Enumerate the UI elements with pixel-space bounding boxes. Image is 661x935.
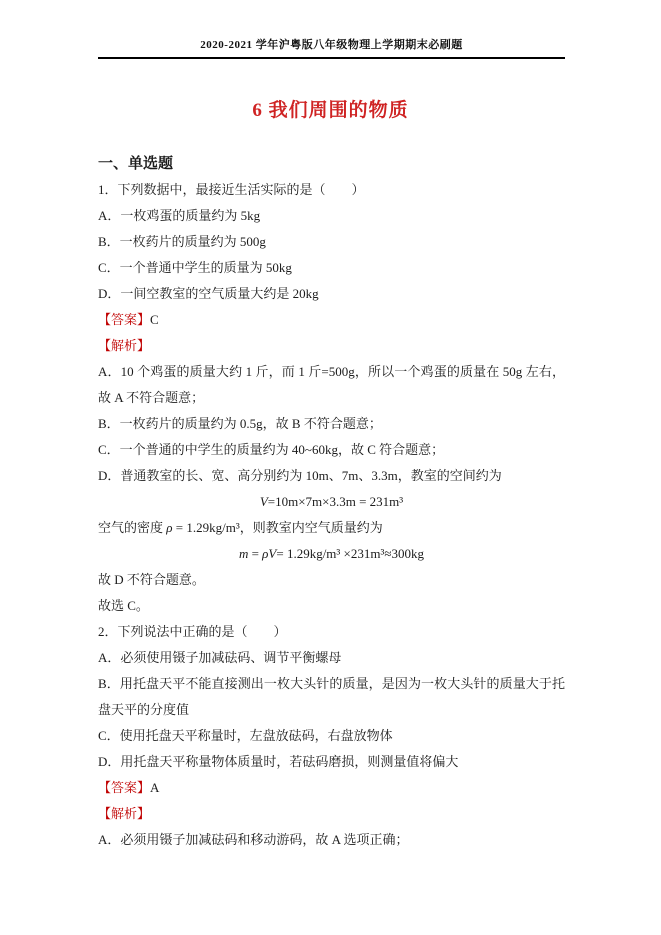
q2-option-a: A．必须使用镊子加减砝码、调节平衡螺母 (98, 645, 565, 671)
q2-stem: 2．下列说法中正确的是（ ） (98, 619, 565, 645)
q2-option-b: B．用托盘天平不能直接测出一枚大头针的质量，是因为一枚大头针的质量大于托盘天平的… (98, 671, 565, 723)
q1-analysis-label: 【解析】 (98, 338, 150, 353)
q2-analysis-label: 【解析】 (98, 806, 150, 821)
q1-analysis-d: D．普通教室的长、宽、高分别约为 10m、7m、3.3m，教室的空间约为 (98, 463, 565, 489)
mass-expression: = 1.29kg/m³ ×231m³≈300kg (276, 546, 424, 561)
section-heading: 一、单选题 (98, 151, 565, 177)
q1-option-d: D．一间空教室的空气质量大约是 20kg (98, 281, 565, 307)
q1-option-c: C．一个普通中学生的质量为 50kg (98, 255, 565, 281)
q1-answer-value: C (150, 312, 159, 327)
q1-option-b: B．一枚药片的质量约为 500g (98, 229, 565, 255)
q1-analysis-b: B．一枚药片的质量约为 0.5g，故 B 不符合题意； (98, 411, 565, 437)
document-page: 2020-2021 学年沪粤版八年级物理上学期期末必刷题 6 我们周围的物质 一… (0, 0, 661, 935)
rho-v-variables: ρV (262, 546, 276, 561)
q1-analysis-d-conclusion: 故 D 不符合题意。 (98, 567, 565, 593)
mass-equals: = (248, 546, 262, 561)
q1-analysis-density: 空气的密度 ρ = 1.29kg/m³，则教室内空气质量约为 (98, 515, 565, 541)
header-course-title: 2020-2021 学年沪粤版八年级物理上学期期末必刷题 (98, 36, 565, 52)
page-header: 2020-2021 学年沪粤版八年级物理上学期期末必刷题 (98, 36, 565, 59)
q1-answer-line: 【答案】C (98, 307, 565, 333)
density-suffix: = 1.29kg/m³，则教室内空气质量约为 (173, 520, 383, 535)
density-prefix: 空气的密度 (98, 520, 166, 535)
volume-expression: =10m×7m×3.3m = 231m³ (268, 494, 403, 509)
q2-analysis-line: 【解析】 (98, 801, 565, 827)
document-body: 一、单选题 1．下列数据中，最接近生活实际的是（ ） A．一枚鸡蛋的质量约为 5… (98, 151, 565, 853)
q2-answer-value: A (150, 780, 159, 795)
volume-variable: V (260, 494, 268, 509)
q1-formula-mass: m = ρV= 1.29kg/m³ ×231m³≈300kg (98, 541, 565, 567)
q1-stem: 1．下列数据中，最接近生活实际的是（ ） (98, 177, 565, 203)
q2-answer-label: 【答案】 (98, 780, 150, 795)
q1-analysis-a: A．10 个鸡蛋的质量大约 1 斤，而 1 斤=500g，所以一个鸡蛋的质量在 … (98, 359, 565, 411)
q1-answer-label: 【答案】 (98, 312, 150, 327)
mass-variable: m (239, 546, 248, 561)
q2-option-c: C．使用托盘天平称量时，左盘放砝码，右盘放物体 (98, 723, 565, 749)
q1-option-a: A．一枚鸡蛋的质量约为 5kg (98, 203, 565, 229)
q2-analysis-a: A．必须用镊子加减砝码和移动游码，故 A 选项正确； (98, 827, 565, 853)
document-title: 6 我们周围的物质 (0, 95, 661, 122)
q1-analysis-line: 【解析】 (98, 333, 565, 359)
q2-answer-line: 【答案】A (98, 775, 565, 801)
q1-formula-volume: V=10m×7m×3.3m = 231m³ (98, 489, 565, 515)
q1-conclusion: 故选 C。 (98, 593, 565, 619)
q1-analysis-c: C．一个普通的中学生的质量约为 40~60kg，故 C 符合题意； (98, 437, 565, 463)
q2-option-d: D．用托盘天平称量物体质量时，若砝码磨损，则测量值将偏大 (98, 749, 565, 775)
